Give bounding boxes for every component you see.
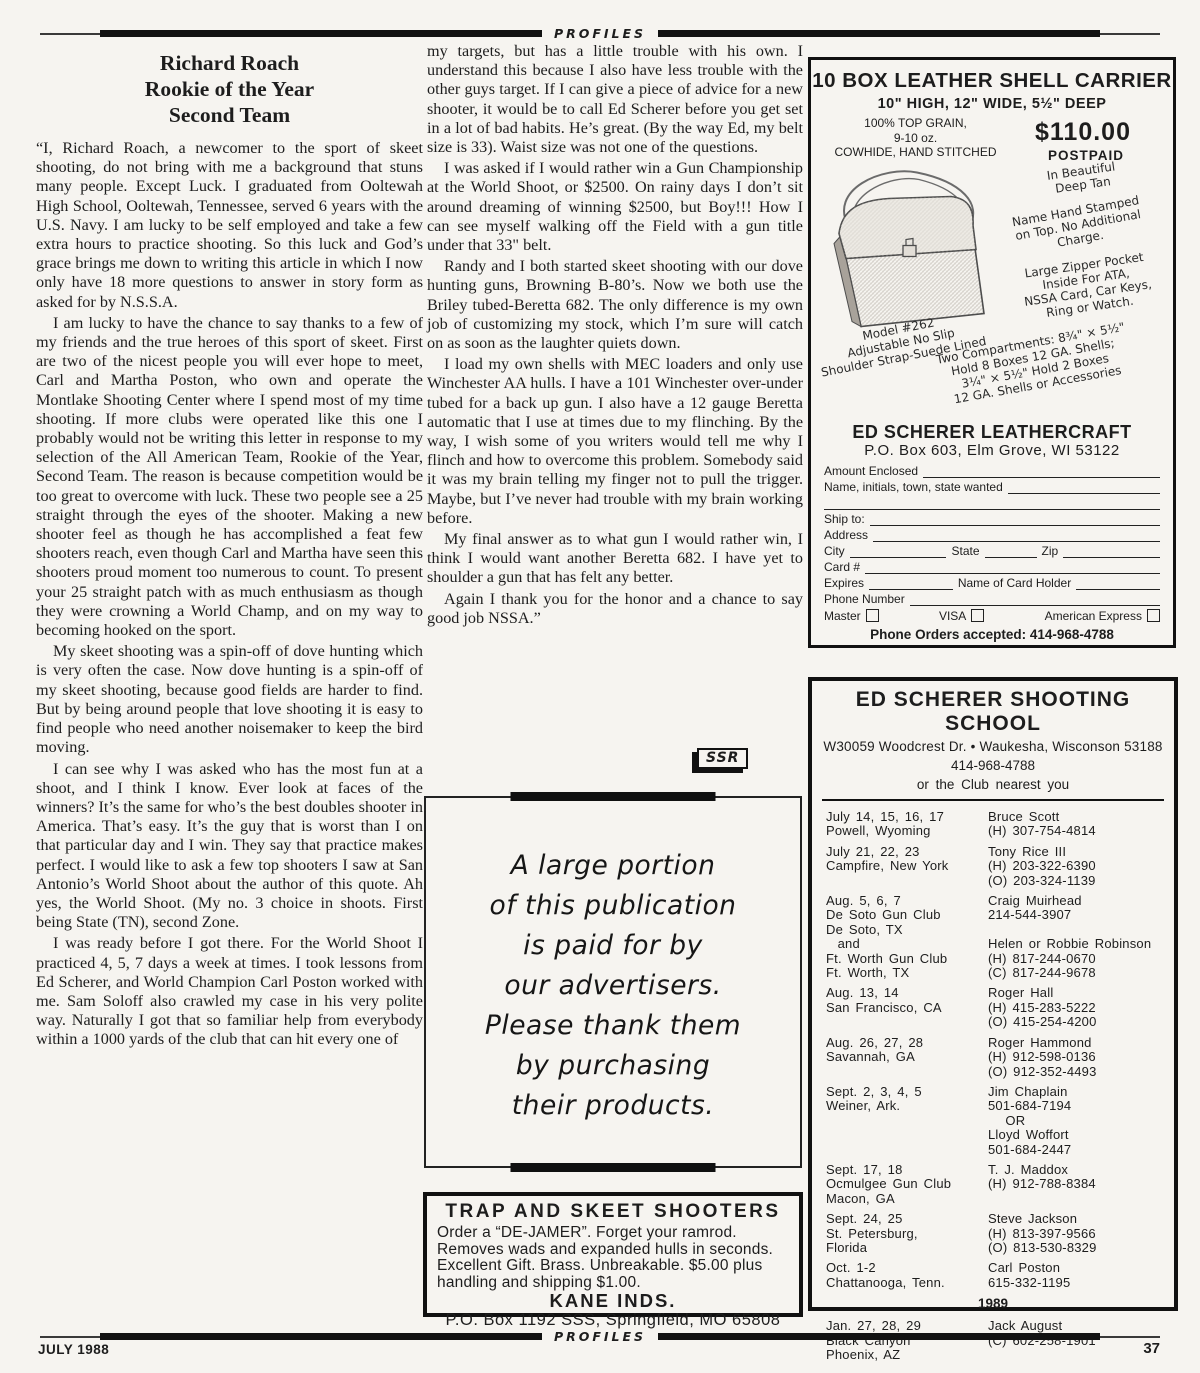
schedule-entry: Aug. 13, 14San Francisco, CARoger Hall(H… bbox=[826, 986, 1160, 1029]
schedule-date-location: July 14, 15, 16, 17Powell, Wyoming bbox=[826, 810, 988, 839]
kane-ad-title: TRAP AND SKEET SHOOTERS bbox=[437, 1201, 789, 1223]
schedule-entry: Oct. 1-2Chattanooga, Tenn.Carl Poston615… bbox=[826, 1261, 1160, 1290]
kane-address: P.O. Box 1192 SSS, Springfield, MO 65808 bbox=[437, 1311, 789, 1330]
schedule-line: 214-544-3907 bbox=[988, 908, 1160, 922]
schedule-line: Phoenix, AZ bbox=[826, 1348, 988, 1362]
shell-ad-material: 100% TOP GRAIN, 9-10 oz. COWHIDE, HAND S… bbox=[833, 116, 998, 160]
shell-ad-note-hand-stamped: Name Hand Stamped on Top. No Additional … bbox=[1010, 193, 1145, 257]
rule-thin-right bbox=[1100, 1336, 1160, 1338]
bottom-masthead-rule: PROFILES bbox=[40, 1329, 1160, 1344]
article-paragraph: Randy and I both started skeet shooting … bbox=[427, 257, 803, 353]
schedule-line: San Francisco, CA bbox=[826, 1001, 988, 1015]
advertiser-notice-line: their products. bbox=[426, 1086, 800, 1126]
form-row-overflow-line bbox=[824, 496, 1160, 510]
footer-page-number: 37 bbox=[1143, 1340, 1160, 1357]
schedule-entry: July 14, 15, 16, 17Powell, WyomingBruce … bbox=[826, 810, 1160, 839]
phone-orders-line: Phone Orders accepted: 414-968-4788 bbox=[824, 627, 1160, 642]
rule-thin-left bbox=[40, 33, 100, 35]
state-blank bbox=[985, 546, 1037, 558]
schedule-date-location: Aug. 13, 14San Francisco, CA bbox=[826, 986, 988, 1029]
schedule-line: 501-684-7194 bbox=[988, 1099, 1160, 1113]
schedule-line: Sept. 24, 25 bbox=[826, 1212, 988, 1226]
phone-number-blank bbox=[910, 594, 1160, 606]
schedule-line: De Soto, TX bbox=[826, 923, 988, 937]
advertiser-notice-box: A large portionof this publicationis pai… bbox=[424, 796, 802, 1168]
master-label: Master bbox=[824, 609, 861, 623]
schedule-contact: Roger Hall(H) 415-283-5222(O) 415-254-42… bbox=[988, 986, 1160, 1029]
name-wanted-blank bbox=[1008, 482, 1160, 494]
expires-label: Expires bbox=[824, 576, 864, 590]
ship-to-label: Ship to: bbox=[824, 512, 865, 526]
form-row-phone: Phone Number bbox=[824, 592, 1160, 606]
schedule-date-location: Oct. 1-2Chattanooga, Tenn. bbox=[826, 1261, 988, 1290]
card-number-label: Card # bbox=[824, 560, 860, 574]
article-paragraph: I was ready before I got there. For the … bbox=[36, 934, 423, 1049]
schedule-line: (H) 813-397-9566 bbox=[988, 1227, 1160, 1241]
schedule-line: (H) 203-322-6390 bbox=[988, 859, 1160, 873]
schedule-line: (H) 817-244-0670 bbox=[988, 952, 1160, 966]
article-column-1: Richard Roach Rookie of the Year Second … bbox=[36, 50, 423, 1052]
schedule-year-heading: 1989 bbox=[826, 1296, 1160, 1311]
master-checkbox bbox=[866, 609, 879, 622]
schedule-entry: Sept. 17, 18Ocmulgee Gun ClubMacon, GAT.… bbox=[826, 1163, 1160, 1206]
masthead-title: PROFILES bbox=[542, 26, 658, 41]
schedule-line: Weiner, Ark. bbox=[826, 1099, 988, 1113]
article-body-col1: “I, Richard Roach, a newcomer to the spo… bbox=[36, 139, 423, 1050]
shell-ad-note-zipper-pocket: Large Zipper Pocket Inside For ATA, NSSA… bbox=[1018, 249, 1157, 323]
amount-enclosed-label: Amount Enclosed bbox=[824, 464, 918, 478]
schedule-contact: Roger Hammond(H) 912-598-0136(O) 912-352… bbox=[988, 1036, 1160, 1079]
article-title: Richard Roach Rookie of the Year Second … bbox=[36, 50, 423, 128]
advertiser-notice-line: our advertisers. bbox=[426, 966, 800, 1006]
schedule-line: Oct. 1-2 bbox=[826, 1261, 988, 1275]
schedule-date-location: Sept. 2, 3, 4, 5Weiner, Ark. bbox=[826, 1085, 988, 1157]
schedule-line: OR bbox=[988, 1114, 1160, 1128]
leather-bag-illustration bbox=[819, 162, 1009, 337]
schedule-line: Ocmulgee Gun Club bbox=[826, 1177, 988, 1191]
form-row-amount: Amount Enclosed bbox=[824, 464, 1160, 478]
form-row-ship-to: Ship to: bbox=[824, 512, 1160, 526]
schedule-contact: Tony Rice III(H) 203-322-6390(O) 203-324… bbox=[988, 845, 1160, 888]
schedule-line: 615-332-1195 bbox=[988, 1276, 1160, 1290]
schedule-line: Campfire, New York bbox=[826, 859, 988, 873]
form-row-city-state-zip: City State Zip bbox=[824, 544, 1160, 558]
article-paragraph: I am lucky to have the chance to say tha… bbox=[36, 314, 423, 640]
advertiser-notice-line: is paid for by bbox=[426, 926, 800, 966]
state-label: State bbox=[951, 544, 979, 558]
advertiser-notice-line: of this publication bbox=[426, 886, 800, 926]
schedule-line: (H) 912-788-8384 bbox=[988, 1177, 1160, 1191]
address-blank bbox=[873, 530, 1160, 542]
schedule-line: De Soto Gun Club bbox=[826, 908, 988, 922]
schedule-entry: Sept. 2, 3, 4, 5Weiner, Ark.Jim Chaplain… bbox=[826, 1085, 1160, 1157]
school-schedule: July 14, 15, 16, 17Powell, WyomingBruce … bbox=[812, 810, 1174, 1362]
leathercraft-order-form: ED SCHERER LEATHERCRAFT P.O. Box 603, El… bbox=[824, 422, 1160, 642]
schedule-line: Tony Rice III bbox=[988, 845, 1160, 859]
schedule-line: Sept. 2, 3, 4, 5 bbox=[826, 1085, 988, 1099]
form-row-card-number: Card # bbox=[824, 560, 1160, 574]
card-holder-blank bbox=[1076, 578, 1160, 590]
schedule-line: Ft. Worth Gun Club bbox=[826, 952, 988, 966]
schedule-line: Aug. 26, 27, 28 bbox=[826, 1036, 988, 1050]
shell-ad-title: 10 BOX LEATHER SHELL CARRIER bbox=[811, 69, 1173, 93]
article-title-line: Richard Roach bbox=[36, 50, 423, 76]
advertiser-notice-line: by purchasing bbox=[426, 1046, 800, 1086]
top-masthead-rule: PROFILES bbox=[40, 26, 1160, 41]
city-blank bbox=[850, 546, 947, 558]
schedule-line: Macon, GA bbox=[826, 1192, 988, 1206]
footer-issue-date: JULY 1988 bbox=[38, 1342, 109, 1357]
schedule-line bbox=[988, 923, 1160, 937]
schedule-line: Carl Poston bbox=[988, 1261, 1160, 1275]
rule-thick-left bbox=[100, 1333, 542, 1340]
schedule-line: Aug. 5, 6, 7 bbox=[826, 894, 988, 908]
schedule-contact: Jim Chaplain501-684-7194 ORLloyd Woffort… bbox=[988, 1085, 1160, 1157]
shell-ad-dimensions: 10" HIGH, 12" WIDE, 5½" DEEP bbox=[811, 96, 1173, 112]
shell-carrier-ad: 10 BOX LEATHER SHELL CARRIER 10" HIGH, 1… bbox=[808, 57, 1176, 648]
phone-number-label: Phone Number bbox=[824, 592, 905, 606]
form-row-name-wanted: Name, initials, town, state wanted bbox=[824, 480, 1160, 494]
visa-label: VISA bbox=[939, 609, 966, 623]
article-paragraph: Again I thank you for the honor and a ch… bbox=[427, 590, 803, 628]
card-number-blank bbox=[865, 562, 1160, 574]
schedule-line: Steve Jackson bbox=[988, 1212, 1160, 1226]
article-paragraph: I was asked if I would rather win a Gun … bbox=[427, 159, 803, 255]
schedule-contact: T. J. Maddox(H) 912-788-8384 bbox=[988, 1163, 1160, 1206]
schedule-entry: Aug. 5, 6, 7De Soto Gun ClubDe Soto, TX … bbox=[826, 894, 1160, 980]
schedule-line: St. Petersburg, bbox=[826, 1227, 988, 1241]
schedule-line: (O) 813-530-8329 bbox=[988, 1241, 1160, 1255]
schedule-line: (O) 415-254-4200 bbox=[988, 1015, 1160, 1029]
schedule-line: (O) 912-352-4493 bbox=[988, 1065, 1160, 1079]
name-wanted-label: Name, initials, town, state wanted bbox=[824, 480, 1003, 494]
zip-blank bbox=[1063, 546, 1160, 558]
schedule-entry: Sept. 24, 25St. Petersburg,FloridaSteve … bbox=[826, 1212, 1160, 1255]
school-divider-rule bbox=[822, 799, 1164, 801]
shell-ad-price: $110.00 bbox=[1035, 118, 1131, 146]
schedule-line: Chattanooga, Tenn. bbox=[826, 1276, 988, 1290]
schedule-line: Bruce Scott bbox=[988, 810, 1160, 824]
kane-ad-body-line: handling and shipping $1.00. bbox=[437, 1275, 789, 1292]
amount-enclosed-blank bbox=[923, 466, 1160, 478]
form-row-expires: Expires Name of Card Holder bbox=[824, 576, 1160, 590]
article-body-col2: my targets, but has a little trouble wit… bbox=[427, 42, 803, 628]
schedule-line: Aug. 13, 14 bbox=[826, 986, 988, 1000]
schedule-contact: Carl Poston615-332-1195 bbox=[988, 1261, 1160, 1290]
leathercraft-company: ED SCHERER LEATHERCRAFT bbox=[824, 422, 1160, 442]
schedule-entry: July 21, 22, 23Campfire, New YorkTony Ri… bbox=[826, 845, 1160, 888]
ship-to-blank bbox=[870, 514, 1160, 526]
rule-thin-right bbox=[1100, 33, 1160, 35]
kane-ad-body-line: Order a “DE-JAMER”. Forget your ramrod. bbox=[437, 1225, 789, 1242]
schedule-contact: Craig Muirhead214-544-3907 Helen or Robb… bbox=[988, 894, 1160, 980]
rule-thin-left bbox=[40, 1336, 100, 1338]
schedule-line: Savannah, GA bbox=[826, 1050, 988, 1064]
schedule-line: July 14, 15, 16, 17 bbox=[826, 810, 988, 824]
schedule-line: Lloyd Woffort bbox=[988, 1128, 1160, 1142]
article-paragraph: “I, Richard Roach, a newcomer to the spo… bbox=[36, 139, 423, 312]
schedule-line: (H) 912-598-0136 bbox=[988, 1050, 1160, 1064]
schedule-line: Ft. Worth, TX bbox=[826, 966, 988, 980]
amex-option: American Express bbox=[1045, 609, 1160, 623]
schedule-line: Helen or Robbie Robinson bbox=[988, 937, 1160, 951]
overflow-blank bbox=[824, 498, 1160, 510]
article-paragraph: My final answer as to what gun I would r… bbox=[427, 530, 803, 588]
schedule-line: Roger Hammond bbox=[988, 1036, 1160, 1050]
school-address: W30059 Woodcrest Dr. • Waukesha, Wiscons… bbox=[812, 739, 1174, 754]
school-phone: 414-968-4788 bbox=[812, 758, 1174, 773]
article-paragraph: my targets, but has a little trouble wit… bbox=[427, 42, 803, 157]
rule-thick-left bbox=[100, 30, 542, 37]
article-paragraph: My skeet shooting was a spin-off of dove… bbox=[36, 642, 423, 757]
expires-blank bbox=[869, 578, 953, 590]
advertiser-notice-line: A large portion bbox=[426, 846, 800, 886]
form-row-card-type: Master VISA American Express bbox=[824, 609, 1160, 623]
schedule-line: (H) 307-754-4814 bbox=[988, 824, 1160, 838]
kane-ad-body: Order a “DE-JAMER”. Forget your ramrod.R… bbox=[437, 1225, 789, 1291]
schedule-contact: Steve Jackson(H) 813-397-9566(O) 813-530… bbox=[988, 1212, 1160, 1255]
article-end-mark-ssr: SSR bbox=[697, 748, 748, 769]
schedule-line: T. J. Maddox bbox=[988, 1163, 1160, 1177]
schedule-line: July 21, 22, 23 bbox=[826, 845, 988, 859]
rule-thick-right bbox=[658, 1333, 1100, 1340]
schedule-date-location: Sept. 17, 18Ocmulgee Gun ClubMacon, GA bbox=[826, 1163, 988, 1206]
amex-checkbox bbox=[1147, 609, 1160, 622]
kane-ad-body-line: Removes wads and expanded hulls in secon… bbox=[437, 1242, 789, 1259]
leathercraft-address: P.O. Box 603, Elm Grove, WI 53122 bbox=[824, 442, 1160, 459]
schedule-line: Jim Chaplain bbox=[988, 1085, 1160, 1099]
schedule-line: (H) 415-283-5222 bbox=[988, 1001, 1160, 1015]
visa-checkbox bbox=[971, 609, 984, 622]
city-label: City bbox=[824, 544, 845, 558]
shooting-school-ad: ED SCHERER SHOOTING SCHOOL W30059 Woodcr… bbox=[808, 677, 1178, 1311]
kane-dejamer-ad: TRAP AND SKEET SHOOTERS Order a “DE-JAME… bbox=[423, 1192, 803, 1317]
schedule-line: and bbox=[826, 937, 988, 951]
schedule-line: (C) 817-244-9678 bbox=[988, 966, 1160, 980]
rule-thick-right bbox=[658, 30, 1100, 37]
address-label: Address bbox=[824, 528, 868, 542]
schedule-entry: Aug. 26, 27, 28Savannah, GARoger Hammond… bbox=[826, 1036, 1160, 1079]
schedule-date-location: Sept. 24, 25St. Petersburg,Florida bbox=[826, 1212, 988, 1255]
schedule-contact: Bruce Scott(H) 307-754-4814 bbox=[988, 810, 1160, 839]
schedule-line: (O) 203-324-1139 bbox=[988, 874, 1160, 888]
schedule-line: Sept. 17, 18 bbox=[826, 1163, 988, 1177]
article-column-2: my targets, but has a little trouble wit… bbox=[427, 42, 803, 630]
school-title: ED SCHERER SHOOTING SCHOOL bbox=[812, 688, 1174, 736]
shell-ad-price-block: $110.00 POSTPAID bbox=[1003, 118, 1163, 165]
kane-ad-body-line: Excellent Gift. Brass. Unbreakable. $5.0… bbox=[437, 1258, 789, 1275]
magazine-page: PROFILES Richard Roach Rookie of the Yea… bbox=[0, 0, 1200, 1373]
schedule-line: Craig Muirhead bbox=[988, 894, 1160, 908]
article-title-line: Rookie of the Year bbox=[36, 76, 423, 102]
article-paragraph: I load my own shells with MEC loaders an… bbox=[427, 355, 803, 528]
article-title-line: Second Team bbox=[36, 102, 423, 128]
card-holder-label: Name of Card Holder bbox=[958, 576, 1071, 590]
school-tagline: or the Club nearest you bbox=[812, 777, 1174, 792]
advertiser-notice-text: A large portionof this publicationis pai… bbox=[426, 846, 800, 1126]
schedule-line: 501-684-2447 bbox=[988, 1143, 1160, 1157]
form-row-address: Address bbox=[824, 528, 1160, 542]
masthead-title: PROFILES bbox=[542, 1329, 658, 1344]
kane-company-name: KANE INDS. bbox=[437, 1291, 789, 1311]
amex-label: American Express bbox=[1045, 609, 1142, 623]
schedule-date-location: Aug. 5, 6, 7De Soto Gun ClubDe Soto, TX … bbox=[826, 894, 988, 980]
schedule-line: Roger Hall bbox=[988, 986, 1160, 1000]
schedule-line: Powell, Wyoming bbox=[826, 824, 988, 838]
master-card-option: Master bbox=[824, 609, 879, 623]
article-paragraph: I can see why I was asked who has the mo… bbox=[36, 760, 423, 933]
zip-label: Zip bbox=[1042, 544, 1059, 558]
schedule-line: Florida bbox=[826, 1241, 988, 1255]
schedule-date-location: July 21, 22, 23Campfire, New York bbox=[826, 845, 988, 888]
advertiser-notice-line: Please thank them bbox=[426, 1006, 800, 1046]
schedule-date-location: Aug. 26, 27, 28Savannah, GA bbox=[826, 1036, 988, 1079]
visa-option: VISA bbox=[939, 609, 984, 623]
